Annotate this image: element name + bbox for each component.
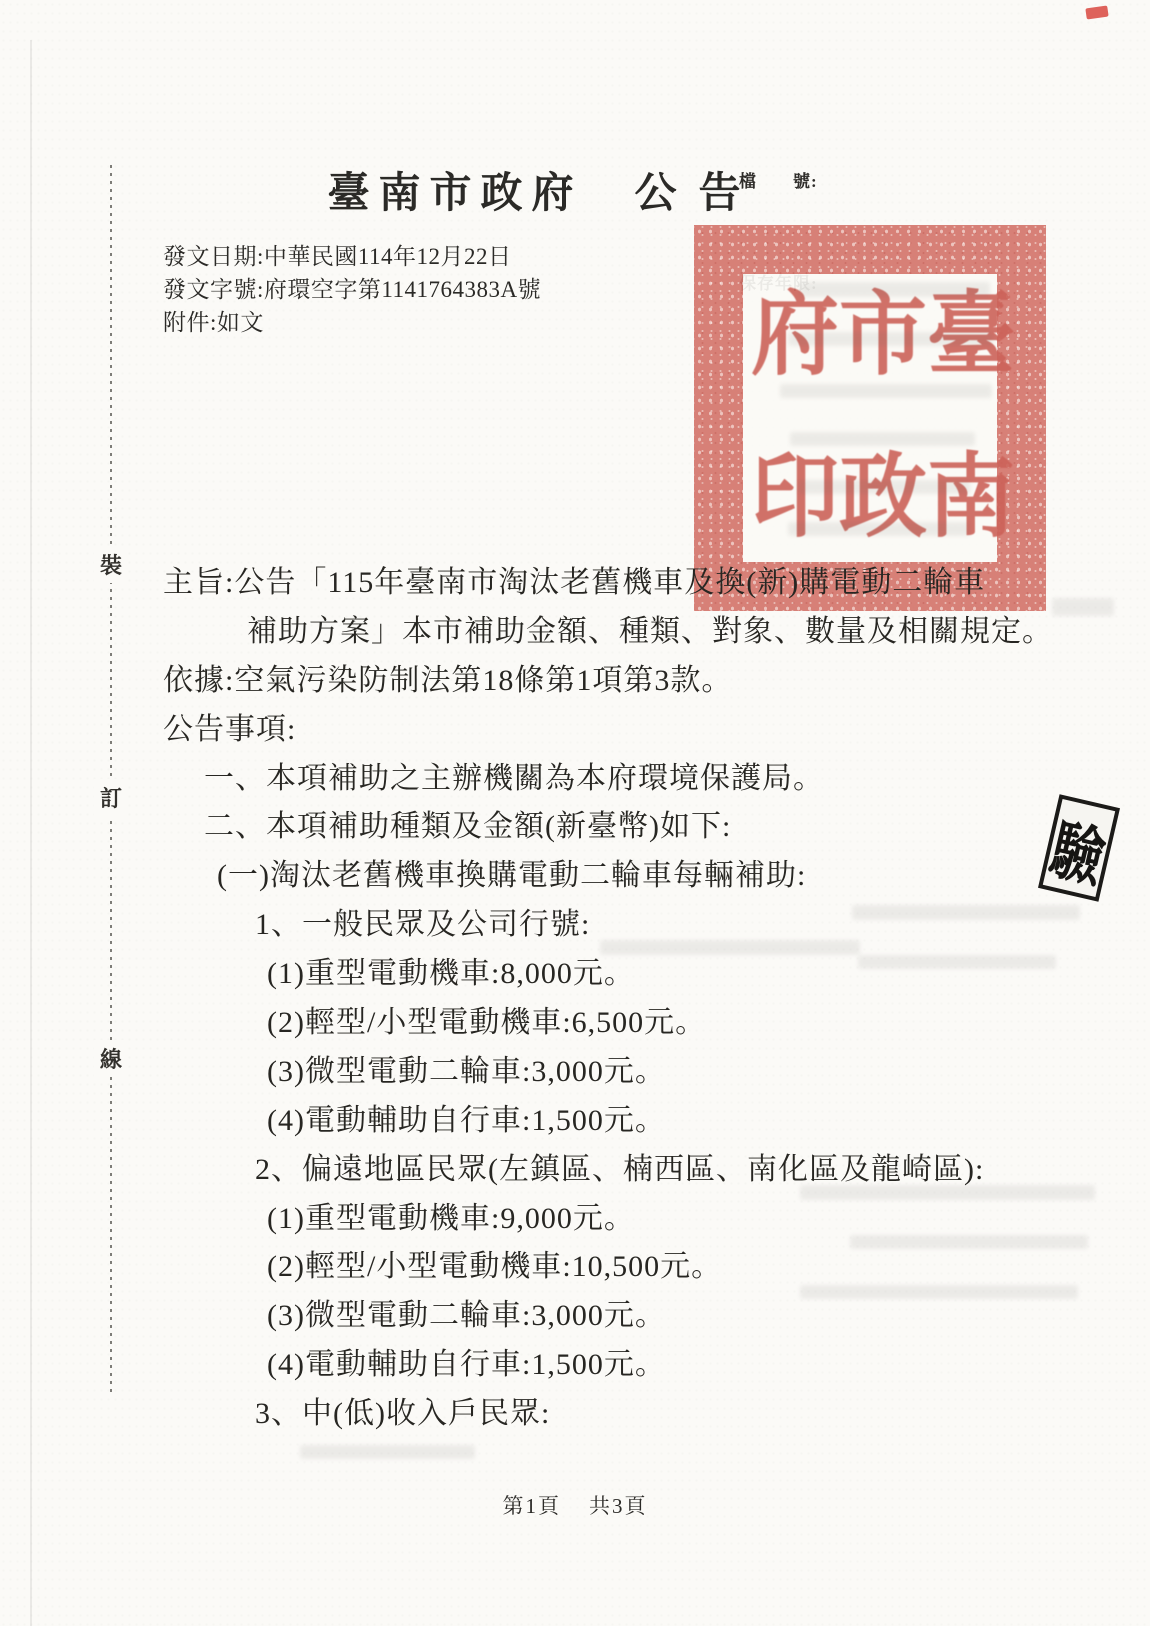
subject-line-2: 補助方案」本市補助金額、種類、對象、數量及相關規定。	[0, 608, 1150, 657]
seal-char: 臺	[927, 278, 1015, 397]
document-meta: 發文日期:中華民國114年12月22日 發文字號:府環空字第1141764383…	[163, 240, 541, 339]
page-footer: 第1頁共3頁	[0, 1490, 1150, 1520]
subsidy-general-heavy: (1)重型電動機車:8,000元。	[0, 950, 1150, 999]
seal-char: 印	[751, 439, 839, 558]
subsidy-general-light: (2)輕型/小型電動機車:6,500元。	[0, 999, 1150, 1048]
subsidy-remote-light: (2)輕型/小型電動機車:10,500元。	[0, 1243, 1150, 1292]
item-2-1-1: 1、一般民眾及公司行號:	[0, 901, 1150, 950]
current-page: 第1頁	[503, 1494, 562, 1518]
issue-date-line: 發文日期:中華民國114年12月22日	[163, 240, 541, 273]
red-ink-speck	[1085, 6, 1108, 20]
item-2: 二、本項補助種類及金額(新臺幣)如下:	[0, 803, 1150, 852]
seal-inner-face: 府 印 市 政 臺 南	[743, 274, 997, 562]
subsidy-remote-ebike: (4)電動輔助自行車:1,500元。	[0, 1341, 1150, 1390]
seal-char: 政	[839, 439, 927, 558]
subject-line-1: 主旨:公告「115年臺南市淘汰老舊機車及換(新)購電動二輪車	[0, 559, 1150, 608]
attachment-line: 附件:如文	[163, 306, 541, 339]
seal-column-right: 臺 南	[927, 280, 1015, 556]
subsidy-remote-heavy: (1)重型電動機車:9,000元。	[0, 1195, 1150, 1244]
subsidy-remote-micro: (3)微型電動二輪車:3,000元。	[0, 1292, 1150, 1341]
seal-char: 府	[751, 278, 839, 397]
subsidy-general-ebike: (4)電動輔助自行車:1,500元。	[0, 1097, 1150, 1146]
doc-type: 公告	[635, 171, 763, 217]
document-title: 臺南市政府公告	[0, 160, 1090, 220]
issue-number-line: 發文字號:府環空字第1141764383A號	[163, 273, 541, 306]
official-red-seal: 府 印 市 政 臺 南	[694, 225, 1046, 611]
seal-char: 市	[839, 278, 927, 397]
item-1: 一、本項補助之主辦機關為本府環境保護局。	[0, 755, 1150, 804]
announcement-body: 主旨:公告「115年臺南市淘汰老舊機車及換(新)購電動二輪車 補助方案」本市補助…	[0, 559, 1150, 1439]
item-2-1-2: 2、偏遠地區民眾(左鎮區、楠西區、南化區及龍崎區):	[0, 1146, 1150, 1195]
item-2-1-3: 3、中(低)收入戶民眾:	[0, 1390, 1150, 1439]
bleed-through-mark	[300, 1445, 475, 1459]
subsidy-general-micro: (3)微型電動二輪車:3,000元。	[0, 1048, 1150, 1097]
seal-column-middle: 市 政	[839, 280, 927, 556]
announcement-items-header: 公告事項:	[0, 706, 1150, 755]
seal-char: 南	[927, 439, 1015, 558]
total-pages: 共3頁	[589, 1494, 648, 1518]
item-2-1: (一)淘汰老舊機車換購電動二輪車每輛補助:	[0, 852, 1150, 901]
seal-column-left: 府 印	[751, 280, 839, 556]
legal-basis-line: 依據:空氣污染防制法第18條第1項第3款。	[0, 657, 1150, 706]
issuing-org: 臺南市政府	[327, 171, 582, 217]
